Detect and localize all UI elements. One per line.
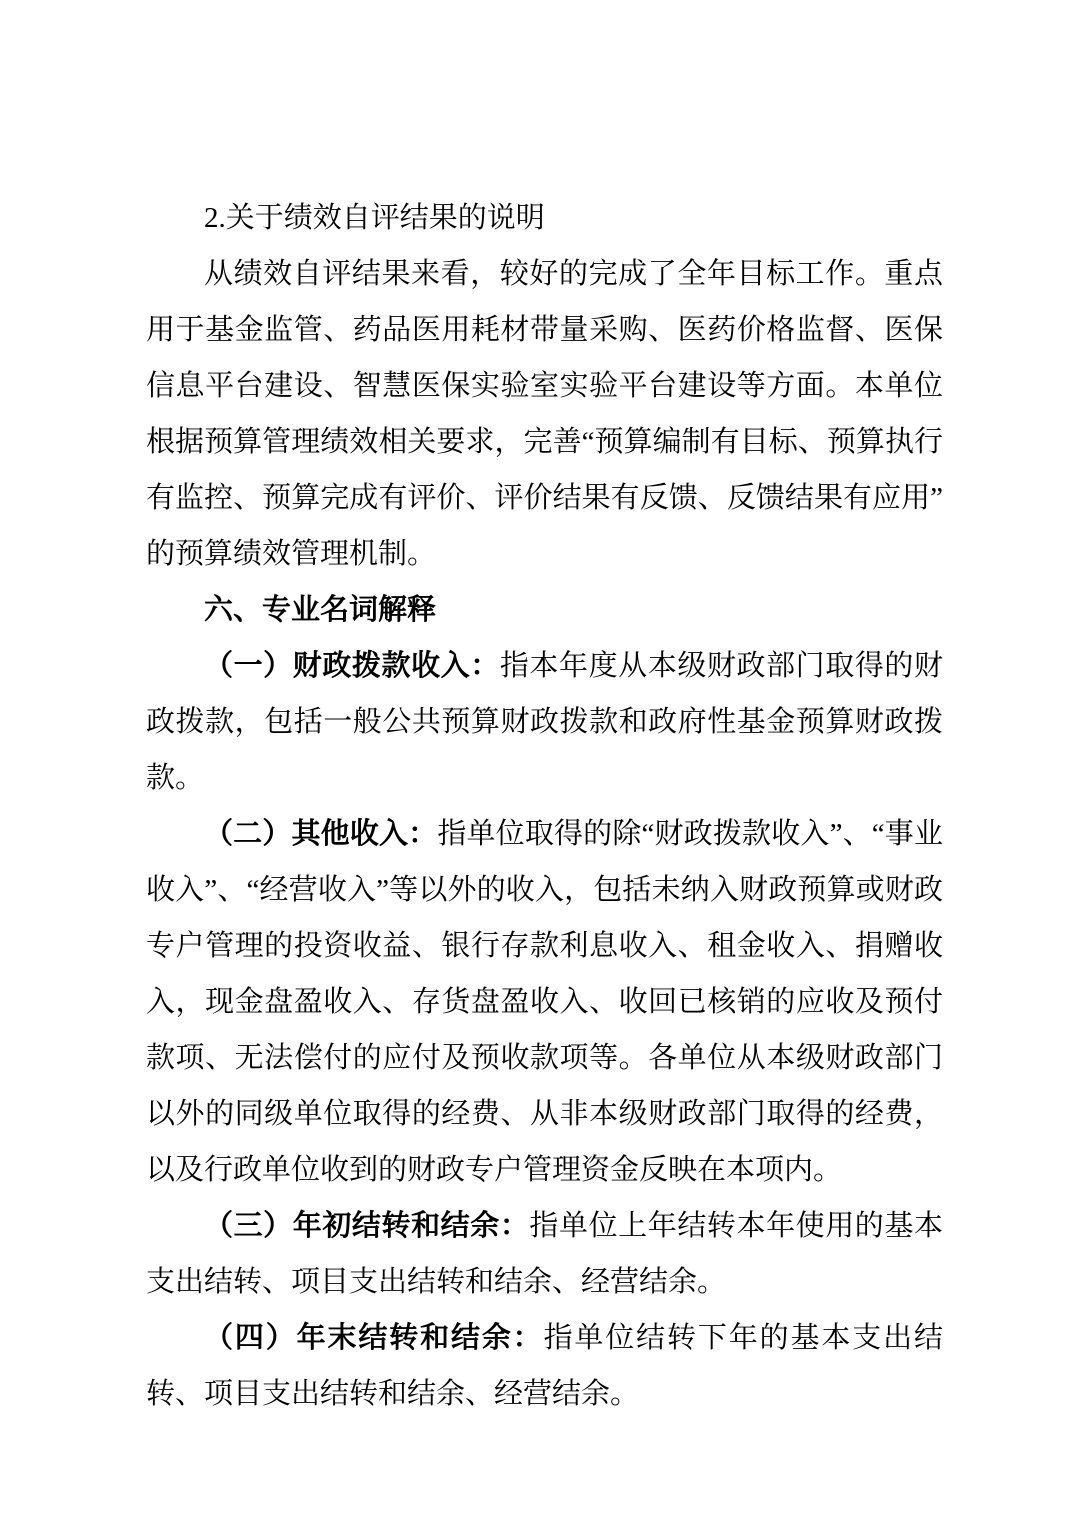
paragraph-self-eval-body: 从绩效自评结果来看，较好的完成了全年目标工作。重点用于基金监管、药品医用耗材带量… [146, 246, 943, 582]
paragraph-term-yearend-carryover: （四）年末结转和结余：指单位结转下年的基本支出结转、项目支出结转和结余、经营结余… [146, 1310, 943, 1422]
term-label: （一）财政拨款收入： [204, 650, 500, 682]
term-label: （四）年末结转和结余： [204, 1322, 544, 1354]
document-page: 2.关于绩效自评结果的说明 从绩效自评结果来看，较好的完成了全年目标工作。重点用… [0, 0, 1075, 1521]
paragraph-term-beginning-carryover: （三）年初结转和结余：指单位上年结转本年使用的基本支出结转、项目支出结转和结余、… [146, 1198, 943, 1310]
term-definition: 指单位取得的除“财政拨款收入”、“事业收入”、“经营收入”等以外的收入，包括未纳… [146, 818, 943, 1186]
paragraph-text: 2.关于绩效自评结果的说明 [204, 202, 545, 234]
paragraph-text: 从绩效自评结果来看，较好的完成了全年目标工作。重点用于基金监管、药品医用耗材带量… [146, 258, 943, 570]
paragraph-term-fiscal-appropriation-income: （一）财政拨款收入：指本年度从本级财政部门取得的财政拨款，包括一般公共预算财政拨… [146, 638, 943, 806]
section-heading-glossary: 六、专业名词解释 [146, 582, 943, 638]
term-label: （三）年初结转和结余： [204, 1210, 529, 1242]
paragraph-self-eval-title: 2.关于绩效自评结果的说明 [146, 190, 943, 246]
paragraph-term-other-income: （二）其他收入：指单位取得的除“财政拨款收入”、“事业收入”、“经营收入”等以外… [146, 806, 943, 1198]
term-label: （二）其他收入： [204, 818, 437, 850]
